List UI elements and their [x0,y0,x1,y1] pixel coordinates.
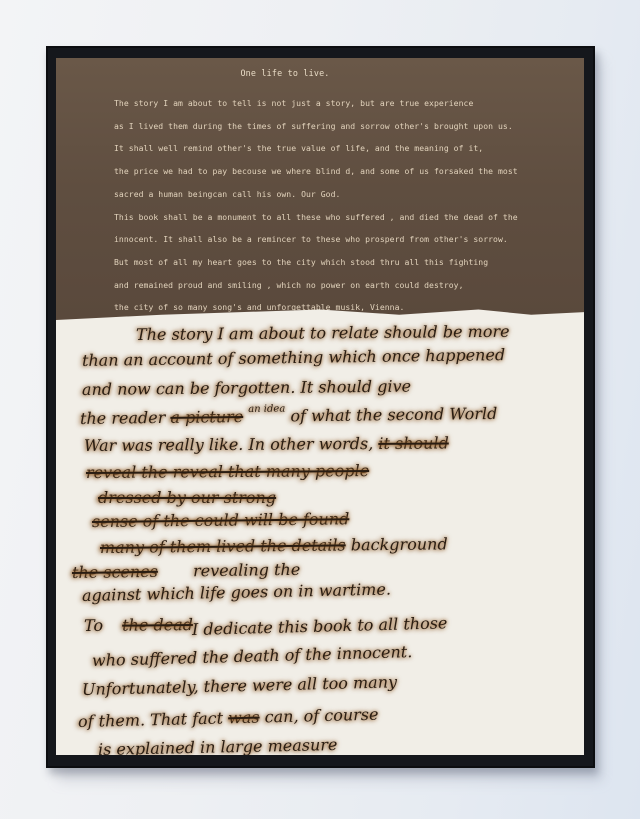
struck-line: reveal the reveal that many people [86,461,369,482]
struck-word: a picture [170,407,243,427]
typed-title: One life to live. [56,68,584,78]
struck-line: sense of the could will be found [92,509,350,531]
handwritten-word: of what the second World [290,404,497,426]
typed-line: the price we had to pay becouse we where… [114,160,578,183]
handwritten-line-with-edit: many of them lived the details backgroun… [100,534,448,557]
typed-line: as I lived them during the times of suff… [114,115,578,138]
handwritten-line: The story I am about to relate should be… [136,322,510,344]
typed-line: It shall well remind other's the true va… [114,137,578,160]
handwritten-line: against which life goes on in wartime. [82,580,391,605]
handwritten-line: and now can be forgotten. It should give [82,377,411,399]
handwritten-word: War was really like. In other words, [84,434,373,455]
typed-manuscript-panel: One life to live. The story I am about t… [56,58,584,320]
artwork-canvas: One life to live. The story I am about t… [56,58,584,755]
struck-word: it should [378,433,449,452]
handwritten-word: To [84,616,103,635]
handwritten-line-with-edit: War was really like. In other words, it … [84,433,449,455]
typed-line: This book shall be a monument to all the… [114,206,578,229]
handwritten-line: than an account of something which once … [82,345,505,370]
handwritten-line-with-edit: To the dead [84,615,193,635]
typed-line: The story I am about to tell is not just… [114,92,578,115]
handwritten-word: background [351,534,448,554]
typed-line: the city of so many song's and unforgett… [114,296,578,319]
struck-word: was [228,708,260,728]
handwritten-line: is explained in large measure [98,735,338,755]
struck-line: dressed by our strong [98,488,276,507]
struck-phrase: many of them lived the details [100,535,346,557]
struck-phrase: the scenes [72,562,158,582]
typed-line: sacred a human beingcan call his own. Ou… [114,183,578,206]
struck-word: the dead [122,615,193,635]
typed-line: innocent. It shall also be a remincer to… [114,228,578,251]
typed-line: But most of all my heart goes to the cit… [114,251,578,274]
handwritten-line-with-edit: the reader a picture an idea of what the… [80,404,498,428]
handwritten-line-with-edit: the scenes revealing the [72,560,300,582]
handwritten-word: can, of course [264,705,378,727]
typed-text-block: The story I am about to tell is not just… [114,92,578,319]
handwritten-word: revealing the [193,560,300,580]
handwritten-line: Unfortunately, there were all too many [82,672,398,699]
handwritten-line: who suffered the death of the innocent. [92,642,413,670]
inserted-word: an idea [248,403,285,414]
handwritten-word: the reader [80,408,166,428]
handwritten-panel: The story I am about to relate should be… [56,320,584,755]
handwritten-word: of them. That fact [78,708,223,731]
handwritten-line: I dedicate this book to all those [192,613,448,639]
handwritten-line-with-edit: of them. That fact was can, of course [78,705,379,731]
picture-frame: One life to live. The story I am about t… [46,46,595,768]
typed-line: and remained proud and smiling , which n… [114,274,578,297]
